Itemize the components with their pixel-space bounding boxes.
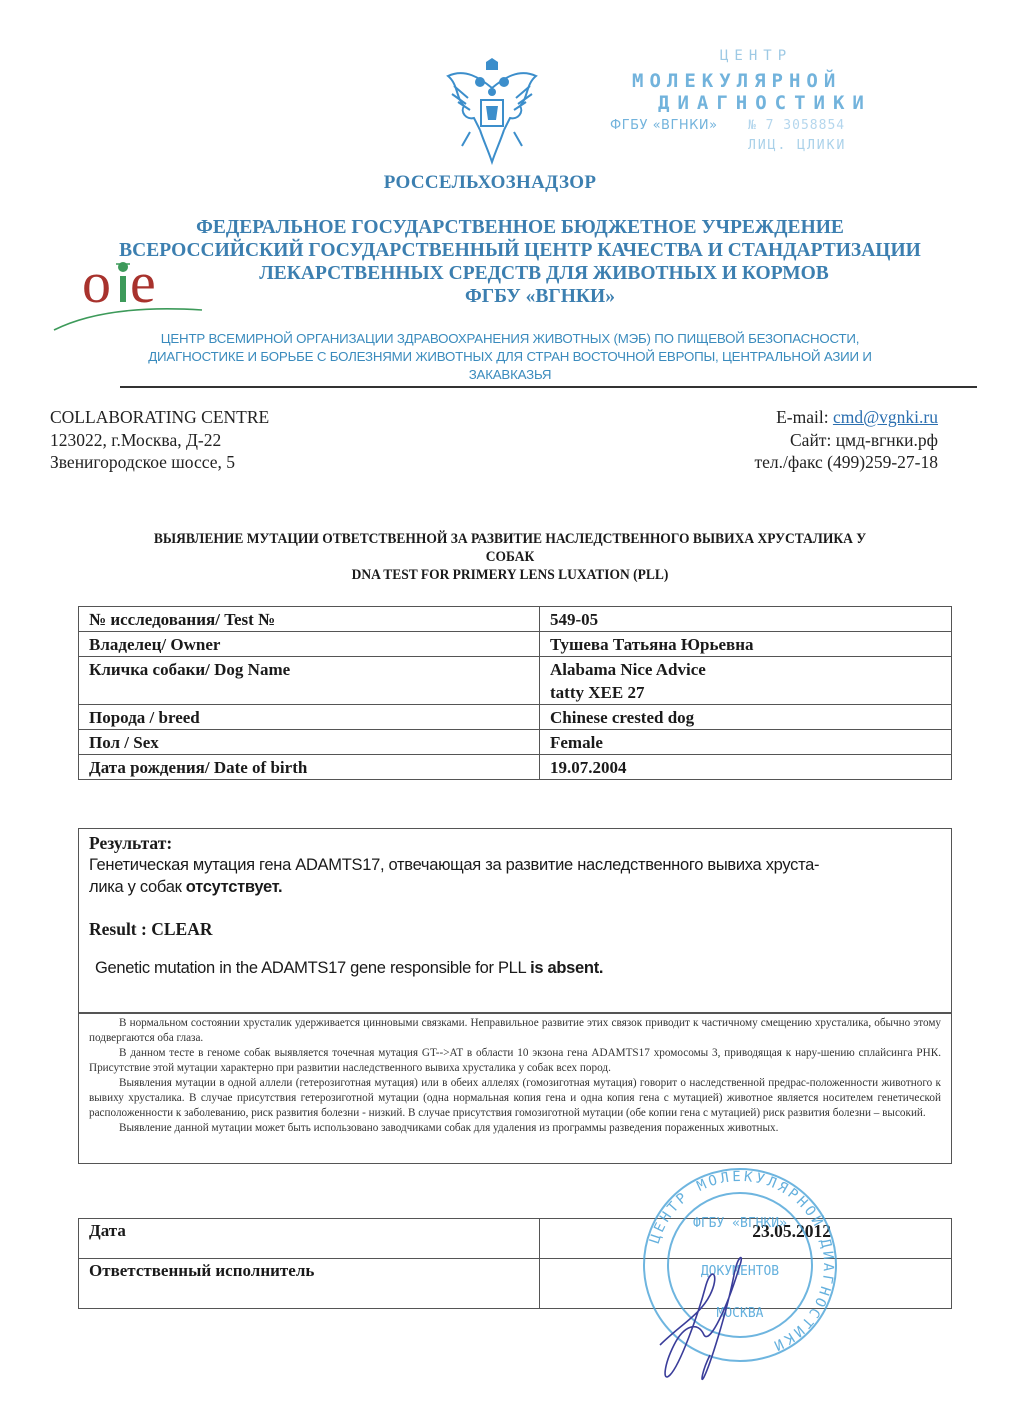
row-value: Female	[540, 730, 952, 755]
row-label: Пол / Sex	[79, 730, 540, 755]
lab-stamp: ЦЕНТР МОЛЕКУЛЯРНОЙ ДИАГНОСТИКИ ФГБУ «ВГН…	[610, 46, 870, 166]
note-paragraph: В нормальном состоянии хрусталик удержив…	[89, 1016, 941, 1046]
row-value: Alabama Nice Advicetatty XEE 27	[540, 657, 952, 705]
collab-line: ДИАГНОСТИКЕ И БОРЬБЕ С БОЛЕЗНЯМИ ЖИВОТНЫ…	[80, 348, 940, 366]
row-value-line: Female	[550, 731, 941, 754]
test-info-table: № исследования/ Test №549-05Владелец/ Ow…	[78, 606, 952, 780]
table-row: Владелец/ OwnerТушева Татьяна Юрьевна	[79, 632, 952, 657]
signature-table: Дата 23.05.2012 Ответственный исполнител…	[78, 1218, 952, 1309]
row-label: Порода / breed	[79, 705, 540, 730]
title-en: DNA TEST FOR PRIMERY LENS LUXATION (PLL)	[64, 566, 957, 584]
table-row: № исследования/ Test №549-05	[79, 607, 952, 632]
row-value-line: Тушева Татьяна Юрьевна	[550, 633, 941, 656]
table-row: Дата рождения/ Date of birth19.07.2004	[79, 755, 952, 780]
coat-of-arms-emblem-icon	[440, 58, 544, 168]
result-ru-line: Генетическая мутация гена ADAMTS17, отве…	[89, 854, 941, 876]
executor-row: Ответственный исполнитель	[79, 1259, 952, 1309]
result-en-prefix: Genetic mutation in the ADAMTS17 gene re…	[95, 959, 530, 977]
date-row: Дата 23.05.2012	[79, 1219, 952, 1259]
email-link[interactable]: cmd@vgnki.ru	[833, 407, 938, 427]
title-ru-line: СОБАК	[64, 548, 957, 566]
oie-collaborating-centre-text: ЦЕНТР ВСЕМИРНОЙ ОРГАНИЗАЦИИ ЗДРАВООХРАНЕ…	[80, 330, 940, 384]
address-line: Звенигородское шоссе, 5	[50, 451, 269, 474]
stamp-line: № 7 3058854	[748, 118, 845, 133]
executor-value	[540, 1259, 952, 1309]
title-ru-line: ВЫЯВЛЕНИЕ МУТАЦИИ ОТВЕТСТВЕННОЙ ЗА РАЗВИ…	[64, 530, 957, 548]
collab-line: ЦЕНТР ВСЕМИРНОЙ ОРГАНИЗАЦИИ ЗДРАВООХРАНЕ…	[80, 330, 940, 348]
row-label: Дата рождения/ Date of birth	[79, 755, 540, 780]
collab-line: ЗАКАВКАЗЬЯ	[80, 366, 940, 384]
result-clear-status: Result : CLEAR	[89, 918, 941, 940]
row-value: Chinese crested dog	[540, 705, 952, 730]
contact-block: E-mail: cmd@vgnki.ru Сайт: цмд-вгнки.рф …	[754, 406, 938, 474]
address-line: COLLABORATING CENTRE	[50, 406, 269, 429]
result-heading: Результат:	[89, 833, 941, 854]
row-value: 549-05	[540, 607, 952, 632]
row-value-line: 19.07.2004	[550, 756, 941, 779]
table-row: Порода / breedChinese crested dog	[79, 705, 952, 730]
site-line: Сайт: цмд-вгнки.рф	[754, 429, 938, 452]
document-title: ВЫЯВЛЕНИЕ МУТАЦИИ ОТВЕТСТВЕННОЙ ЗА РАЗВИ…	[64, 530, 957, 584]
result-en-text: Genetic mutation in the ADAMTS17 gene re…	[89, 959, 941, 978]
table-row: Кличка собаки/ Dog NameAlabama Nice Advi…	[79, 657, 952, 705]
note-paragraph: Выявление данной мутации может быть испо…	[89, 1121, 941, 1136]
email-label: E-mail:	[776, 407, 833, 427]
institution-line: ФЕДЕРАЛЬНОЕ ГОСУДАРСТВЕННОЕ БЮДЖЕТНОЕ УЧ…	[60, 216, 980, 239]
row-label: Кличка собаки/ Dog Name	[79, 657, 540, 705]
row-value: Тушева Татьяна Юрьевна	[540, 632, 952, 657]
result-ru-text: Генетическая мутация гена ADAMTS17, отве…	[89, 854, 941, 898]
phone-line: тел./факс (499)259-27-18	[754, 451, 938, 474]
header-divider	[120, 386, 977, 388]
stamp-line: ДИАГНОСТИКИ	[658, 92, 872, 114]
executor-label: Ответственный исполнитель	[79, 1259, 540, 1309]
svg-text:o: o	[82, 250, 111, 315]
result-ru-verdict: отсутствует.	[186, 878, 282, 896]
row-value-line: tatty XEE 27	[550, 681, 941, 704]
date-value: 23.05.2012	[540, 1219, 952, 1259]
row-value-line: Chinese crested dog	[550, 706, 941, 729]
explanatory-notes: В нормальном состоянии хрусталик удержив…	[78, 1012, 952, 1164]
result-en-verdict: is absent.	[530, 959, 603, 977]
row-label: Владелец/ Owner	[79, 632, 540, 657]
result-ru-prefix: лика у собак	[89, 878, 186, 896]
table-row: Пол / SexFemale	[79, 730, 952, 755]
row-value-line: Alabama Nice Advice	[550, 658, 941, 681]
row-label: № исследования/ Test №	[79, 607, 540, 632]
result-ru-line: лика у собак отсутствует.	[89, 876, 941, 898]
row-value-line: 549-05	[550, 608, 941, 631]
oie-logo-icon: o e	[50, 250, 210, 335]
result-section: Результат: Генетическая мутация гена ADA…	[78, 828, 952, 1012]
address-block: COLLABORATING CENTRE 123022, г.Москва, Д…	[50, 406, 269, 474]
stamp-line: МОЛЕКУЛЯРНОЙ	[632, 70, 841, 92]
stamp-line: ФГБУ «ВГНКИ»	[610, 118, 718, 133]
agency-name: РОССЕЛЬХОЗНАДЗОР	[0, 172, 980, 194]
note-paragraph: В данном тесте в геноме собак выявляется…	[89, 1046, 941, 1076]
svg-text:e: e	[130, 250, 156, 315]
date-label: Дата	[79, 1219, 540, 1259]
row-value: 19.07.2004	[540, 755, 952, 780]
email-line: E-mail: cmd@vgnki.ru	[754, 406, 938, 429]
note-paragraph: Выявления мутации в одной аллели (гетеро…	[89, 1076, 941, 1121]
address-line: 123022, г.Москва, Д-22	[50, 429, 269, 452]
stamp-line: ЛИЦ. ЦЛИКИ	[748, 138, 846, 153]
stamp-line: ЦЕНТР	[720, 48, 792, 64]
